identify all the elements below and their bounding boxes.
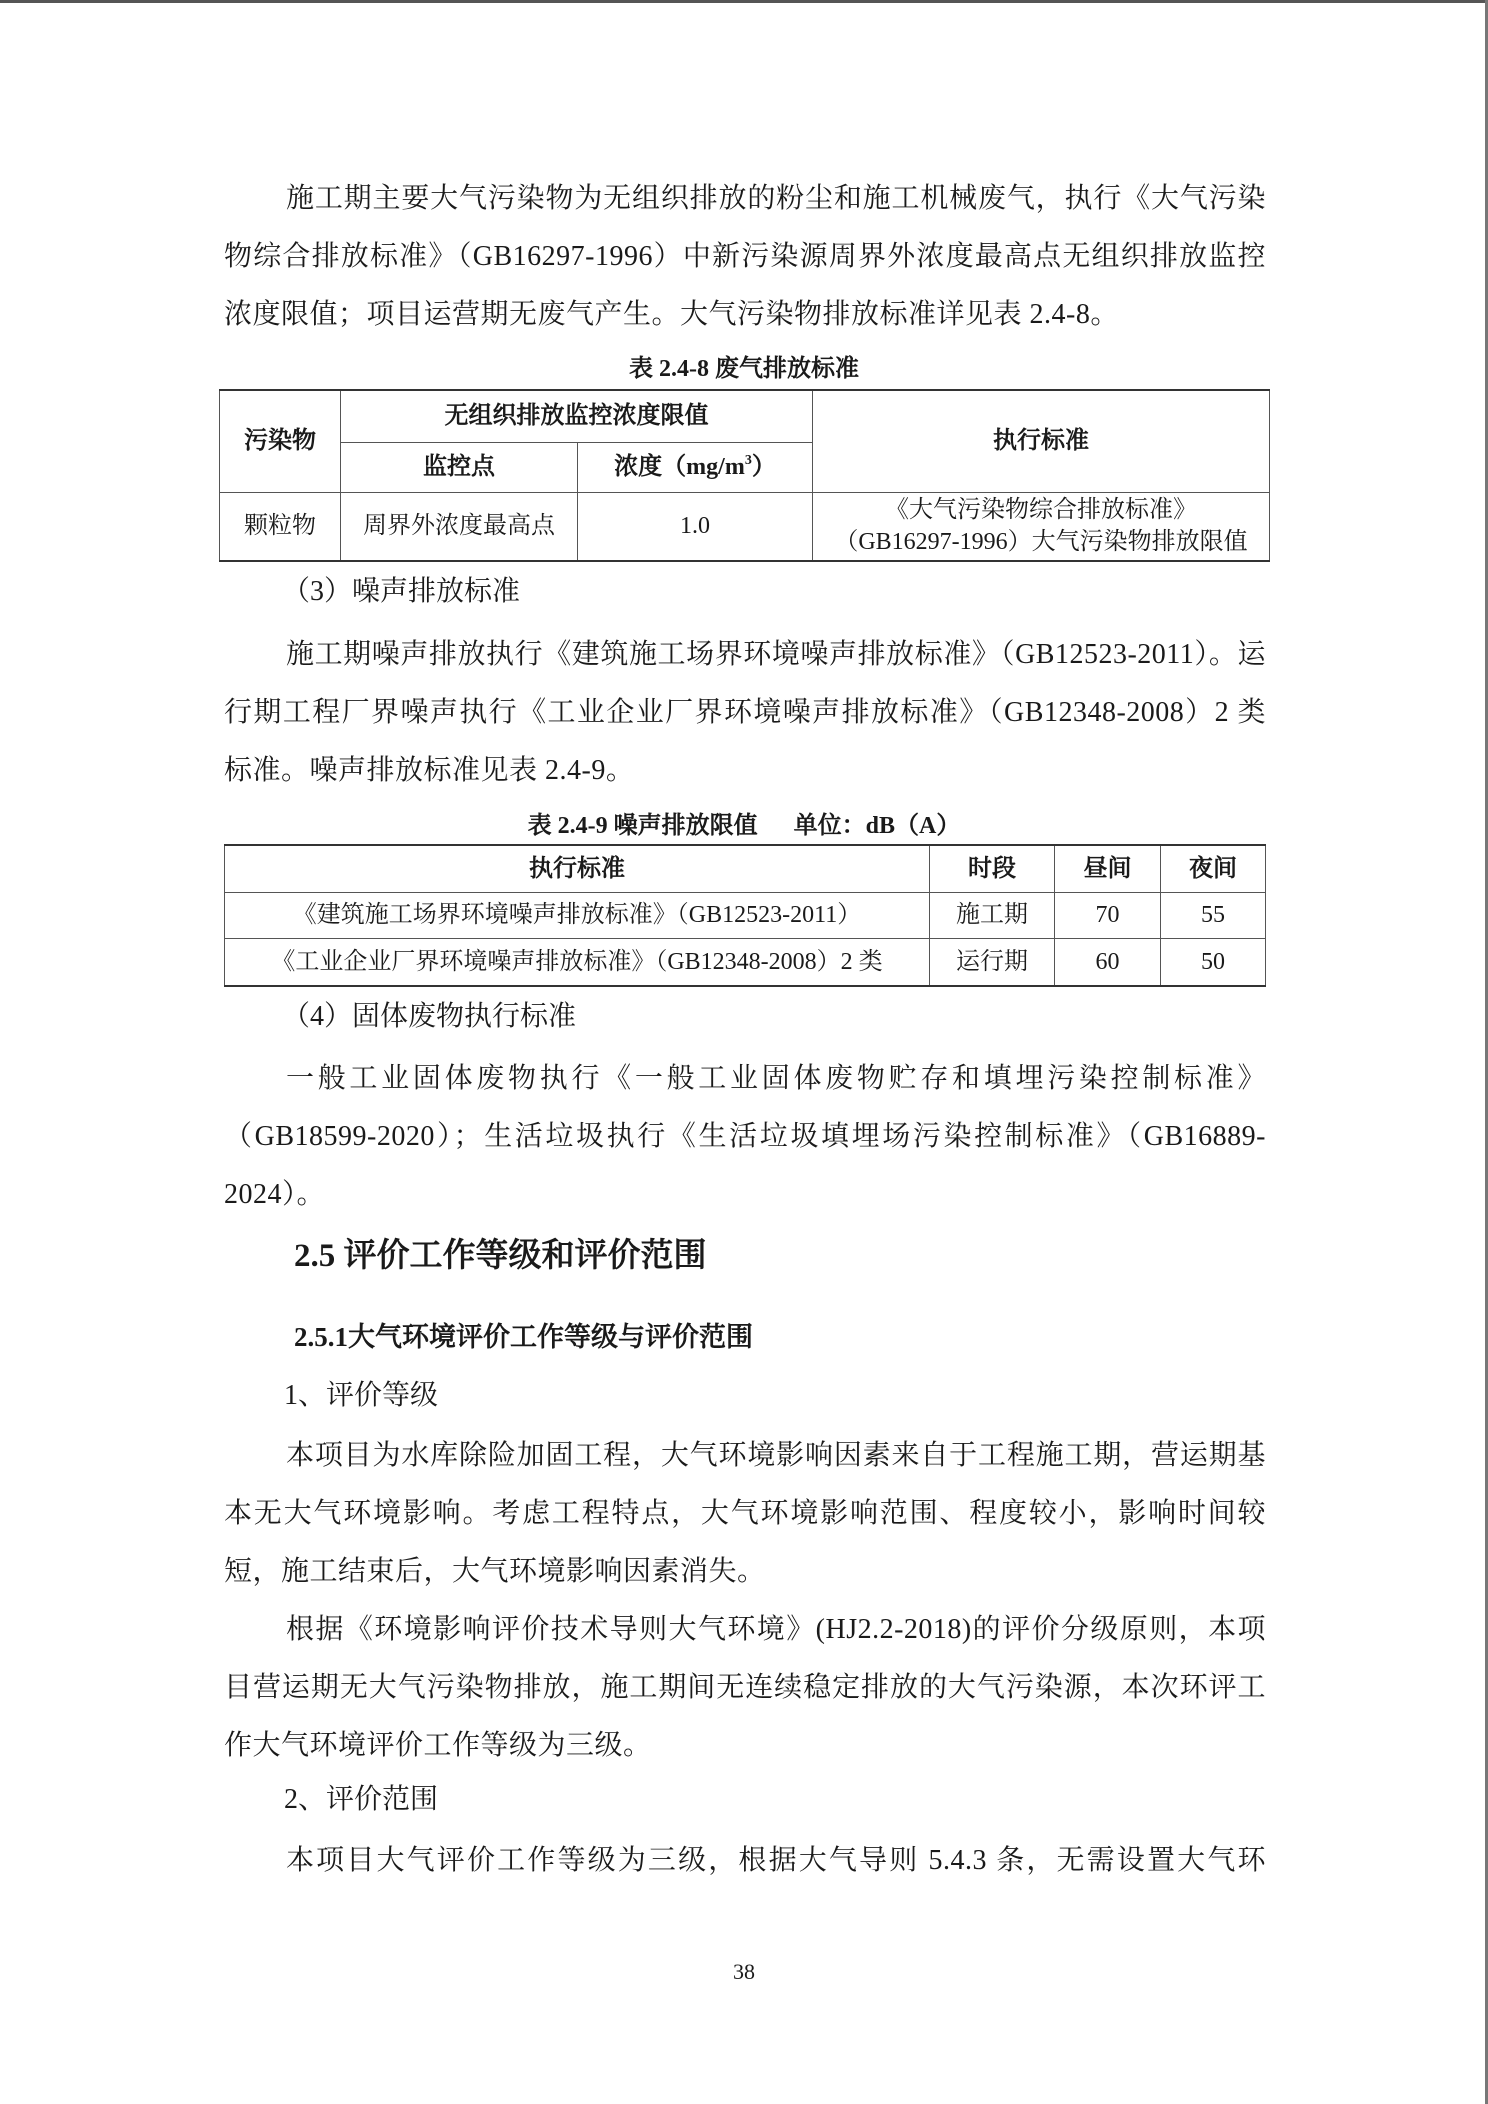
solid-waste-section-heading: （4）固体废物执行标准 [282,997,1324,1037]
cell-concentration: 1.0 [578,492,813,561]
table-2-4-9-unit: 单位：dB（A） [794,813,961,839]
paragraph-item1-para2: 根据《环境影响评价技术导则大气环境》(HJ2.2-2018)的评价分级原则，本项… [224,1601,1266,1775]
cell-night: 50 [1161,938,1266,986]
table-noise-limits: 执行标准 时段 昼间 夜间 《建筑施工场界环境噪声排放标准》（GB12523-2… [224,844,1266,987]
cell-standard: 《建筑施工场界环境噪声排放标准》（GB12523-2011） [225,892,930,938]
cell-period: 运行期 [930,938,1055,986]
concentration-superscript: 3 [745,453,752,468]
cell-day: 70 [1055,892,1161,938]
section-2-5-heading: 2.5 评价工作等级和评价范围 [294,1236,707,1276]
header-night: 夜间 [1161,845,1266,892]
cell-standard-line2: （GB16297-1996）大气污染物排放限值 [813,526,1269,558]
cell-standard: 《工业企业厂界环境噪声排放标准》（GB12348-2008）2 类 [225,938,930,986]
paragraph-item2-para1: 本项目大气评价工作等级为三级，根据大气导则 5.4.3 条，无需设置大气环 [224,1832,1266,1890]
table-2-4-9-caption: 表 2.4-9 噪声排放限值单位：dB（A） [0,811,1488,841]
paragraph-solid-waste-standard: 一般工业固体废物执行《一般工业固体废物贮存和填埋污染控制标准》（GB18599-… [224,1050,1266,1224]
table-header-row: 污染物 无组织排放监控浓度限值 执行标准 [220,390,1270,442]
table-2-4-9-title: 表 2.4-9 噪声排放限值 [528,813,758,839]
table-2-4-8-caption: 表 2.4-8 废气排放标准 [0,354,1488,384]
table-row: 颗粒物 周界外浓度最高点 1.0 《大气污染物综合排放标准》 （GB16297-… [220,492,1270,561]
header-period: 时段 [930,845,1055,892]
header-day: 昼间 [1055,845,1161,892]
header-limit-group: 无组织排放监控浓度限值 [341,390,813,442]
paragraph-air-standard: 施工期主要大气污染物为无组织排放的粉尘和施工机械废气，执行《大气污染物综合排放标… [224,170,1266,344]
header-pollutant: 污染物 [220,390,341,492]
cell-period: 施工期 [930,892,1055,938]
page-frame-top-border [0,0,1488,3]
item1-heading: 1、评价等级 [284,1376,1326,1416]
header-concentration: 浓度（mg/m3） [578,442,813,492]
cell-day: 60 [1055,938,1161,986]
noise-section-heading: （3）噪声排放标准 [282,572,1324,612]
paragraph-noise-standard: 施工期噪声排放执行《建筑施工场界环境噪声排放标准》（GB12523-2011）。… [224,626,1266,800]
table-row: 《工业企业厂界环境噪声排放标准》（GB12348-2008）2 类 运行期 60… [225,938,1266,986]
concentration-close: ） [752,454,776,480]
header-standard: 执行标准 [813,390,1270,492]
header-monitor-point: 监控点 [341,442,578,492]
header-standard: 执行标准 [225,845,930,892]
item2-heading: 2、评价范围 [284,1780,1326,1820]
cell-pollutant: 颗粒物 [220,492,341,561]
cell-night: 55 [1161,892,1266,938]
table-header-row: 执行标准 时段 昼间 夜间 [225,845,1266,892]
page-number: 38 [0,1958,1488,1986]
cell-standard: 《大气污染物综合排放标准》 （GB16297-1996）大气污染物排放限值 [813,492,1270,561]
table-exhaust-gas-standard: 污染物 无组织排放监控浓度限值 执行标准 监控点 浓度（mg/m3） 颗粒物 周… [219,389,1270,562]
table-row: 《建筑施工场界环境噪声排放标准》（GB12523-2011） 施工期 70 55 [225,892,1266,938]
paragraph-item1-para1: 本项目为水库除险加固工程，大气环境影响因素来自于工程施工期，营运期基本无大气环境… [224,1427,1266,1601]
cell-monitor-point: 周界外浓度最高点 [341,492,578,561]
section-2-5-1-heading: 2.5.1大气环境评价工作等级与评价范围 [294,1320,753,1354]
concentration-label: 浓度（mg/m [614,454,745,480]
cell-standard-line1: 《大气污染物综合排放标准》 [813,494,1269,526]
